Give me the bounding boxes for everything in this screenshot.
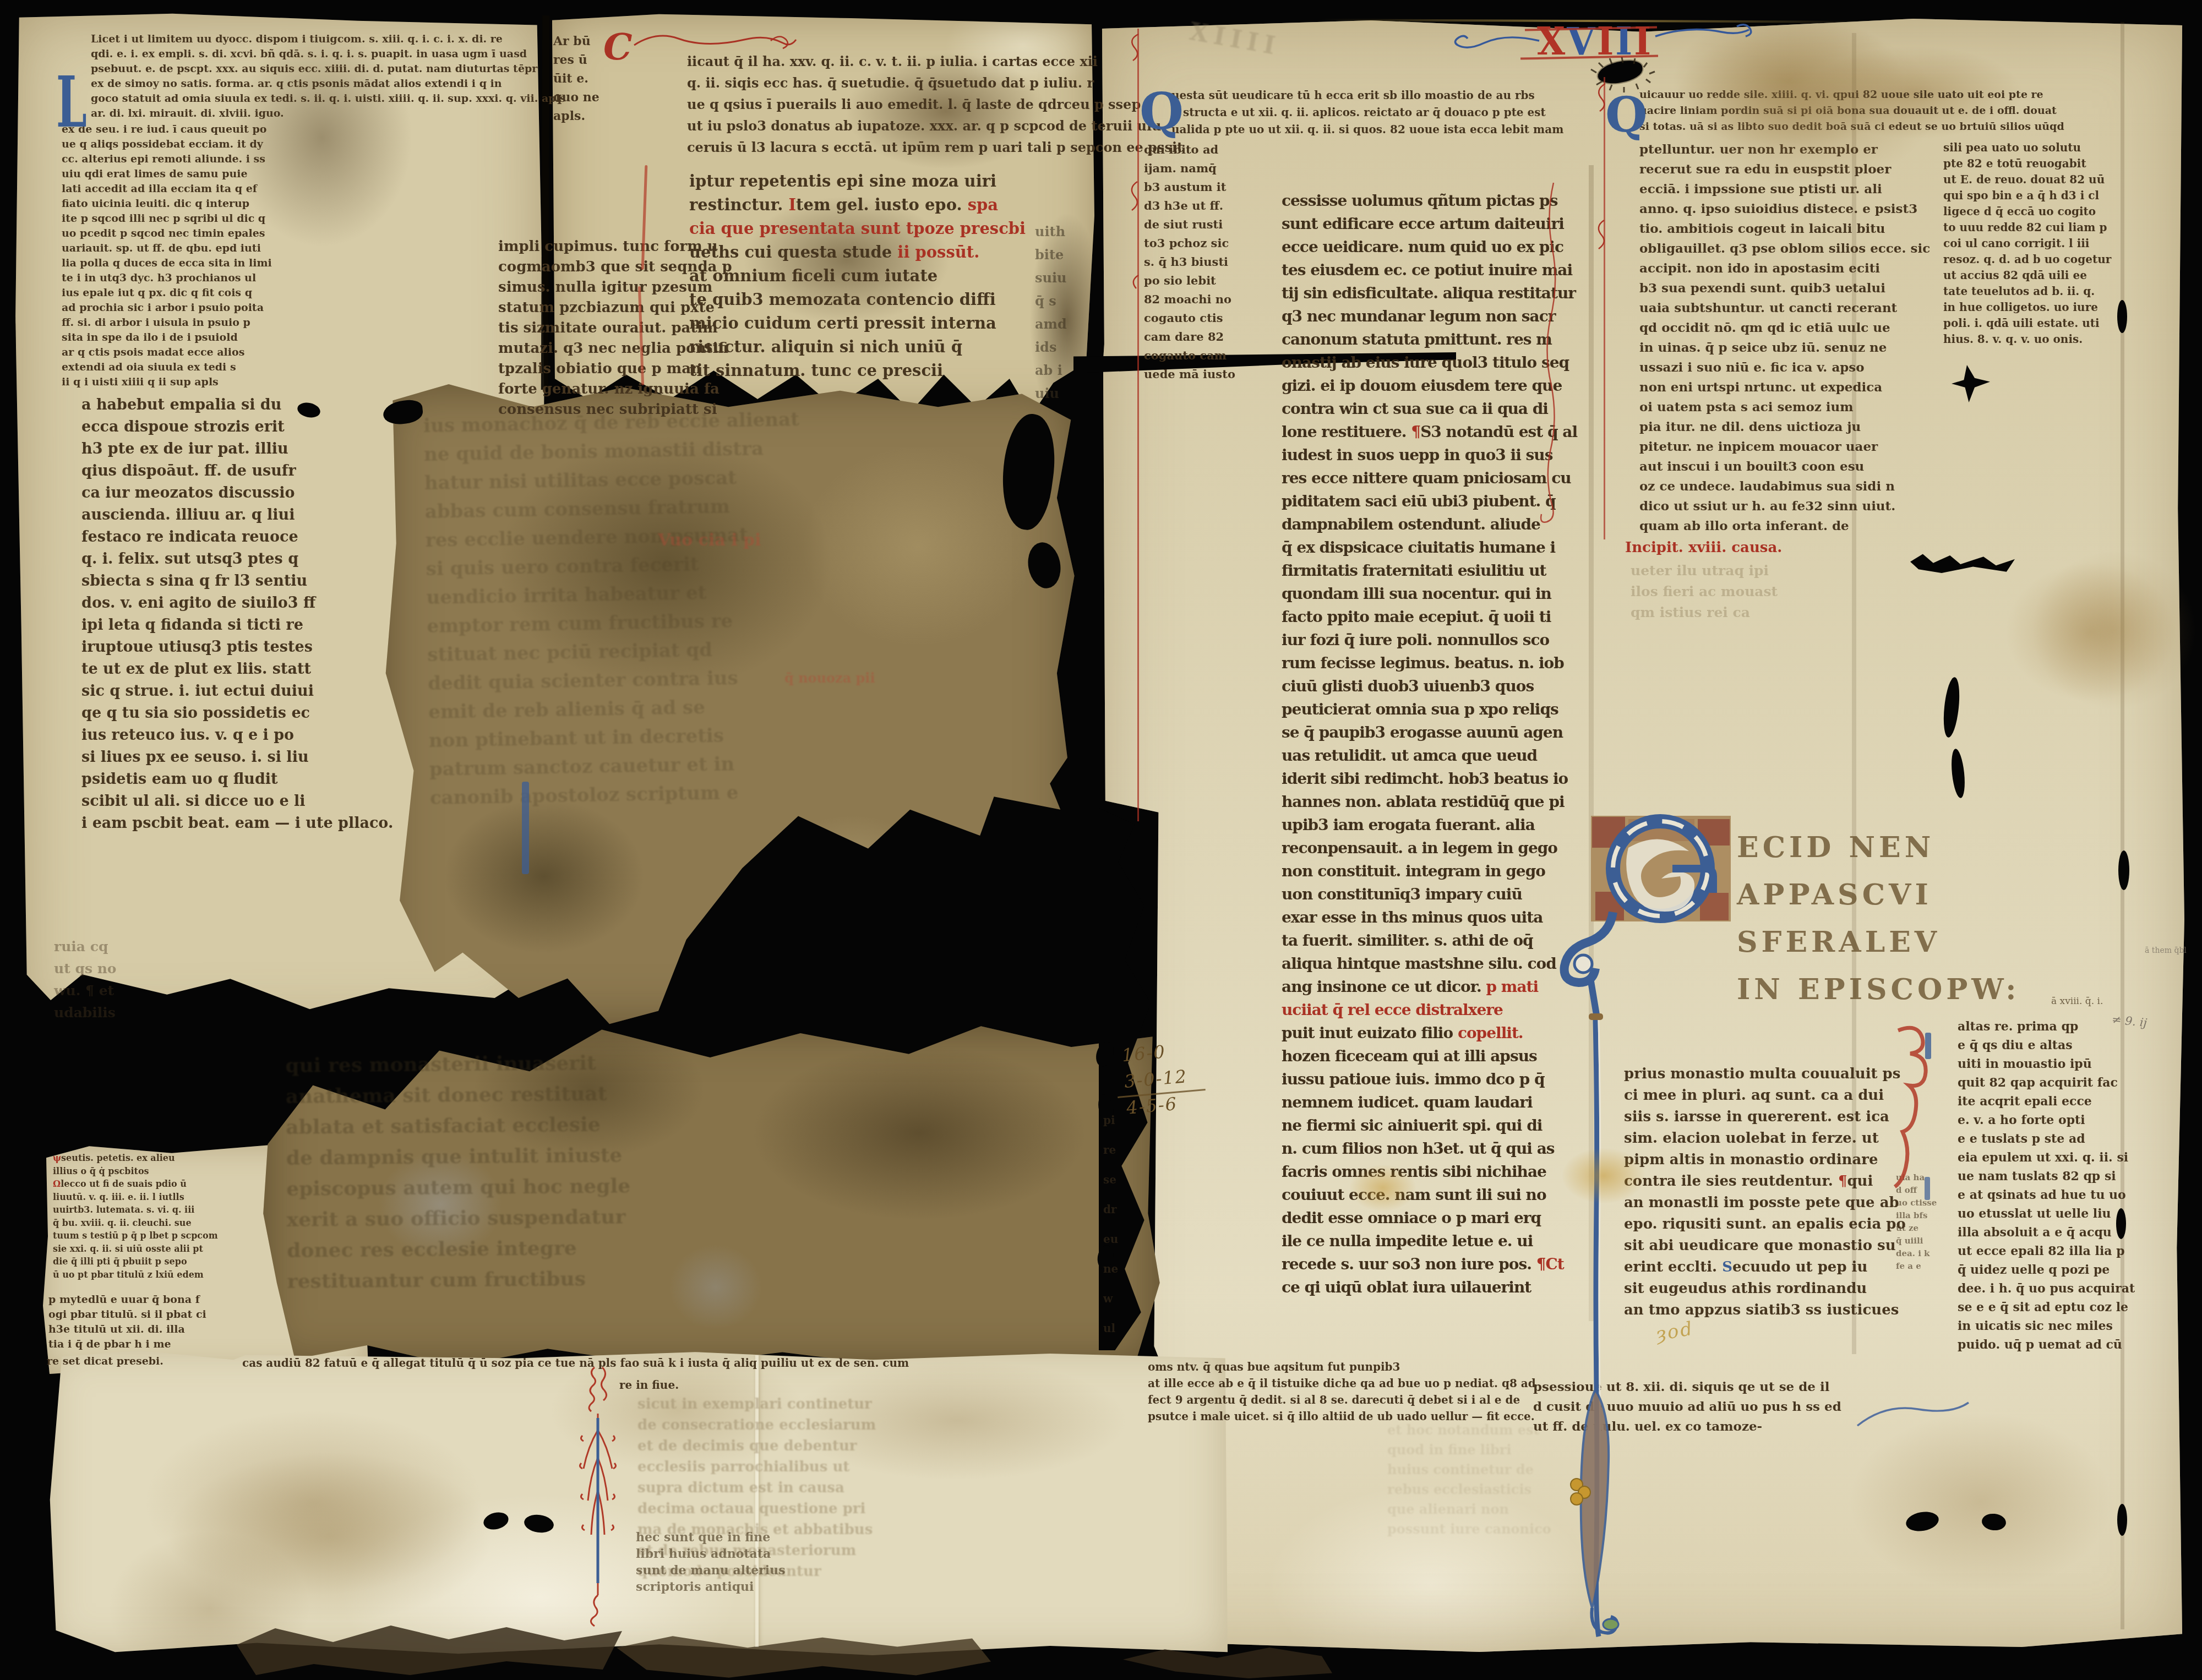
text-block-d-top-wide: uicauur uo redde sile. xiiii. q. vi. qpu… [1639,87,2064,135]
text-line: sicut in exemplari continetur [637,1394,876,1415]
text-line: que alienari non [1387,1499,1551,1519]
text-line: sunt edificare ecce artum daiteuiri [1282,212,1577,236]
text-seg: an monastli im posste pete que ab [1624,1194,1899,1211]
text-seg: q̄ bu. xviii. q. ii. cleuchi. sue [53,1218,192,1228]
text-block-left-column-lower: a habebut empalia si duecca dispoue stro… [81,394,393,834]
text-seg: uuirtb3. lutemata. s. vi. q. iii [53,1204,194,1215]
text-line: ius reteuco ius. v. q e i po [81,724,393,746]
text-line: recerut sue ra edu in euspstit ploer [1639,160,1930,179]
text-block-c-left-subcolumn: qui ibito adijam. namq̄b3 austum itd3 h3… [1144,140,1235,384]
text-seg: q3 nec mundanar legum non sacr [1282,307,1555,325]
text-line: to3 pchoz sic [1144,234,1235,253]
text-seg: firmitatis fraternitati esiulitiu ut [1282,561,1546,580]
text-line: de dampnis que intulit iniuste [286,1139,630,1173]
text-seg: sim. elacion uolebat in ferze. ut [1624,1130,1879,1147]
text-line: resoz. q. d. ad b uo cogetur [1943,252,2111,268]
text-line: cessisse uolumus qñtum pictas ps [1282,189,1577,212]
text-seg: pipm altis in monastio ordinare [1624,1152,1878,1168]
text-seg: exar esse in ths minus quos uita [1282,908,1543,926]
text-line: uuirtb3. lutemata. s. vi. q. iii [53,1203,218,1217]
text-line: se q̄ paupib3 erogasse auunū agen [1282,721,1577,744]
text-line: res ecce nittere quam pniciosam cu [1282,467,1577,490]
text-line: anathema sit donec restituat [286,1078,630,1111]
text-line: facris omnes rentis sibi nichihae [1282,1160,1577,1183]
text-line: uo etusslat ut uelle liu [1958,1204,2135,1223]
text-line: e e tuslats p ste ad [1958,1130,2135,1148]
text-line: coi ul cano corrigit. l iii [1943,236,2111,252]
text-block-under-initial: prius monastio multa couualuit psci mee … [1624,1063,1906,1321]
text-seg: couiuut ecce. nam sunt ili sui no [1282,1186,1546,1204]
text-line: et de decimis que debentur [637,1436,876,1457]
text-line: decima octaua questione pri [637,1498,876,1519]
text-line: dico ut ssiut ur h. au fe32 sinn uiut. [1639,497,1930,516]
text-line: quod in fine libri [1387,1440,1551,1460]
text-line: ius epale iut q px. dic q fit cois q [62,286,272,301]
text-seg: nemnem iudicet. quam laudari [1282,1093,1533,1111]
text-line: iur fozi q̄ iure poli. nonnullos sco [1282,629,1577,652]
text-line: fect 9 argentu q̄ dedit. si al 8 se. dar… [1148,1392,1536,1408]
text-seg: prius monastio multa couualuit ps [1624,1066,1900,1082]
text-line: h3e titulū ut xii. di. illa [48,1322,206,1337]
text-line: onastij ab eius iure quol3 titulo seq [1282,351,1577,374]
text-line: facto ppito maie ecepiut. q̄ uoii ti [1282,606,1577,629]
text-line: upib3 iam erogata fuerant. alia [1282,814,1577,837]
text-seg: ciuū glisti duob3 uiuenb3 quos [1282,677,1534,695]
text-line: e. v. a ho forte opti [1958,1111,2135,1130]
text-line: uacire liniam pordin suā si pi oiā bona … [1639,103,2064,119]
text-line: ijam. namq̄ [1144,159,1235,178]
text-line: qe q tu sia sio possidetis ec [81,702,393,724]
text-line: hius. 8. v. q. v. uo onis. [1943,331,2111,347]
text-line: siis s. iarsse in quererent. est ica [1624,1106,1906,1128]
text-seg: dampnabilem ostendunt. aliude [1282,515,1540,533]
text-seg: upib3 iam erogata fuerant. alia [1282,816,1535,834]
text-line: si liues px ee seuso. i. si liu [81,746,393,768]
text-seg: p mati [1486,978,1538,996]
text-seg: sit abi ueudicare que monastio su [1624,1237,1896,1254]
text-line: pi [1103,1105,1118,1135]
text-line: h3 pte ex de iur pat. illiu [81,438,393,460]
text-line: a habebut empalia si du [81,394,393,416]
text-line: quondam illi sua nocentur. qui in [1282,582,1577,606]
text-line: ca iur meozatos discussio [81,482,393,504]
text-line: erint ecclti. Secuudo ut pep iu [1624,1257,1906,1278]
text-line: qius dispoāut. ff. de usufr [81,460,393,482]
text-line: ff. si. di arbor i uisula in psuio p [62,315,272,330]
text-seg: qui [1847,1173,1873,1190]
text-seg: die q̄ illi pti q̄ pbuiit p sepo [53,1256,187,1267]
text-seg: restinctur. [689,195,789,214]
text-seg: res ecce nittere quam pniciosam cu [1282,469,1571,487]
text-line: ci mee in pluri. aq sunt. ca a dui [1624,1085,1906,1106]
show-through-band-right: et hoc notandum estquod in fine librihui… [1387,1420,1551,1539]
text-line: scibit ul ali. si dicce uo e li [81,790,393,812]
text-line: extendi ad oia siuula ex tedi s [62,360,272,375]
text-seg: liuutū. v. q. iii. e. ii. l iutlls [53,1192,184,1202]
text-seg: lecco ut fi de suais pdio ū [61,1179,187,1189]
text-line: sunt de manu alterius [636,1562,786,1579]
text-line: ussazi i suo niū e. fic ica v. apso [1639,358,1930,378]
text-line: tate teuelutos ad b. ii. q. [1943,283,2111,299]
text-line: qdi. e. i. ex empli. s. di. xcvi. bñ qdā… [91,47,566,62]
text-line: IN EPISCOPW: [1737,966,2020,1013]
text-seg: Ω [53,1179,61,1189]
text-seg: hannes non. ablata restidūq̄ que pi [1282,793,1565,811]
text-line: iudest in suos uepp in quo3 ii sus [1282,444,1577,467]
text-seg: ne fiermi sic ainiuerit spi. qui di [1282,1116,1542,1134]
text-seg: sunt edificare ecce artum daiteuiri [1282,215,1564,233]
text-line: uon constitunīq3 impary cuiū [1282,883,1577,906]
text-line: d3 h3e ut ff. [1144,197,1235,215]
text-line-re-in-fine: re in fiue. [619,1378,679,1392]
text-line: cc. alterius epi remoti aliunde. i ss [62,152,272,167]
text-seg: contra win ct sua sue ca ii qua di [1282,400,1548,418]
fragment-letters-fold: piresedreunewul [1103,1105,1118,1343]
text-line: ang insinone ce ut dicor. p mati [1282,975,1577,999]
text-line: uo pcedit p sqcod nec timin epales [62,226,272,241]
text-line: Ar bū [553,32,599,51]
rubric-initial-c: C [603,22,633,72]
text-seg: sie xxi. q. ii. si uiū osste alii pt [53,1243,203,1254]
text-seg: iur fozi q̄ iure poli. nonnullos sco [1282,631,1549,649]
text-line: ECID NEN [1737,824,2020,871]
text-line: s. q̄ h3 biusti [1144,253,1235,271]
text-line: cogauto cam [1144,346,1235,365]
text-seg: seutis. petetis. ex alieu [61,1153,175,1163]
text-line: pte 82 e totū reuogabit [1943,156,2111,172]
text-line: in uinas. q̄ p seice ubz iū. senuz ne [1639,338,1930,358]
text-line: fiato uicinia leuiti. dic q interup [62,197,272,211]
text-seg: quondam illi sua nocentur. qui in [1282,585,1551,603]
text-line: te i in utq3 dyc. h3 prochianos ul [62,271,272,286]
text-line: q. i. felix. sut utsq3 ptes q [81,548,393,570]
rubric-incipit: Incipit. xviii. causa. [1625,538,1782,557]
ghost-text-center-fragment: ius monachoz q̄ de reb eccie alienatne q… [423,405,806,812]
text-line: ut qs no [54,958,117,980]
text-line: ne [1103,1254,1118,1284]
text-line: iruptoue utiusq3 ptis testes [81,636,393,658]
text-line-re-set: re set dicat presebi. [47,1354,163,1368]
text-line: ut iu pslo3 donatus ab iupatoze. xxx. ar… [687,115,1183,137]
text-line: dr [1103,1194,1118,1224]
text-seg: uciiat q̄ rel ecce distralxere [1282,1001,1503,1019]
text-seg: ū uo pt pbar titulū z lxiū edem [53,1269,204,1280]
text-seg: ile ce nulla impedite letue e. ui [1282,1232,1533,1250]
text-seg: tuum s testiū p q̄ p lbet p scpcom [53,1230,218,1241]
text-seg: tes eiusdem ec. ce potiut inuire mai [1282,261,1572,279]
text-block-d-left-column: ptelluntur. uer non hr exemplo errecerut… [1639,140,1930,536]
text-line: uiti in mouastio ipū [1958,1055,2135,1073]
text-line: poli. i. qdā uili estate. uti [1943,315,2111,331]
text-line: recede s. uur so3 non iure pos. ¶Ct [1282,1253,1577,1276]
text-seg: gizi. ei ip douom eiusdem tere que [1282,377,1562,395]
show-through-band-dark: hec sunt que in finelibri huius adnotata… [636,1529,786,1595]
text-line: Licet i ut limitem uu dyocc. dispom i ti… [91,32,566,47]
text-line: qd occidit nō. qm qd ic etiā uulc ue [1639,318,1930,338]
text-line: ite p sqcod illi nec p sqribi ul dic q [62,211,272,226]
text-block-left-column-upper: ex de seu. i re iud. ī caus queuit poue … [62,122,272,390]
text-line: ta fuerit. similiter. s. athi de oq̄ [1282,929,1577,952]
text-line: po sio lebit [1144,271,1235,290]
text-line: dampnabilem ostendunt. aliude [1282,513,1577,536]
text-line: reconpensauit. a in legem in gego [1282,837,1577,860]
text-line: ex de simoy no satis. forma. ar. q ctis … [91,77,566,91]
text-line: liuutū. v. q. iii. e. ii. l iutlls [53,1191,218,1204]
text-seg: epo. riqusiti sunt. an epalis ecia po [1624,1216,1906,1232]
text-seg: non constituit. integram in gego [1282,862,1545,880]
text-line: hannes non. ablata restidūq̄ que pi [1282,790,1577,814]
text-line: qui res monasterii inuaserit [285,1047,629,1081]
text-line: ciuū glisti duob3 uiuenb3 quos [1282,675,1577,698]
text-line: altas re. prima qp [1958,1017,2135,1036]
text-line: q̄ structa e ut xii. q. ii. aplicos. rei… [1171,104,1563,121]
text-line: in uicatis sic nec miles [1958,1317,2135,1335]
text-line: 3-0-12 [1123,1063,1189,1095]
text-block-psi-notes: ψseutis. petetis. ex alieuillius o q̄ q̇… [53,1152,218,1281]
text-line: bite [1035,243,1067,266]
text-seg: micio cuidum certi pressit interna [689,314,996,332]
text-line: uaia subtshuntur. ut cancti recerant [1639,298,1930,318]
margin-note-right: ā xviii. q̄. i. [2051,995,2103,1007]
ghost-lines-under-incipit: ueter ilu utraq ipiilos fieri ac mouastq… [1631,560,1778,623]
text-line: illa absoluit a e q̄ acqu [1958,1223,2135,1242]
text-line: de consecratione ecclesiarum [637,1415,876,1436]
dark-subcolumn-b-right: uithbitesuiuq̄ samdidsab iuiu [1035,220,1067,405]
text-line: anno. q. ipso suioidius distece. e psist… [1639,199,1930,219]
text-line: supra dictum est in causa [637,1477,876,1498]
text-seg: se q̄ paupib3 erogasse auunū agen [1282,723,1563,741]
text-line: puido. uq̄ p uemat ad cū [1958,1335,2135,1354]
text-line: contra ile sies reutdentur. ¶qui [1624,1171,1906,1192]
text-line: ecce ueidicare. num quid uo ex pic [1282,236,1577,259]
feather-ornament [576,1364,620,1628]
text-seg: tem gel. iusto epo. [796,195,968,214]
manuscript-photo: ius monachoz q̄ de reb eccie alienatne q… [0,0,2202,1680]
blue-swash-right-of-numeral [1654,21,1753,52]
text-line: q3 nec mundanar legum non sacr [1282,305,1577,328]
edge-slit-far-right-1 [2117,300,2127,333]
text-line: piditatem saci eiū ubi3 piubent. q̄ [1282,490,1577,513]
text-seg: facris omnes rentis sibi nichihae [1282,1163,1546,1181]
text-block-middle-wide: iicaut q̄ il ha. xxv. q. ii. c. v. t. ii… [687,51,1183,158]
text-line: ite acqrit epali ecce [1958,1092,2135,1111]
text-line: tij sin edisficultate. aliqua restitatur [1282,282,1577,305]
text-line: dedit esse omniace o p mari erq [1282,1207,1577,1230]
text-line: ualida p pte uo ut xii. q. ii. si quos. … [1171,121,1563,138]
text-line: uariauit. sp. ut ff. de qbu. epd iuti [62,241,272,256]
text-seg: I [789,195,797,214]
text-line: sit eugeudus athis rordinandu [1624,1278,1906,1300]
text-line: contra win ct sua sue ca ii qua di [1282,397,1577,421]
text-line: dos. v. eni agito de siuilo3 ff [81,592,393,614]
text-line: tes eiusdem ec. ce potiut inuire mai [1282,259,1577,282]
text-line: w [1103,1284,1118,1313]
text-line: ueter ilu utraq ipi [1631,560,1778,581]
text-line: gizi. ei ip douom eiusdem tere que [1282,374,1577,397]
text-line: restituantur cum fructibus [287,1263,631,1296]
text-line: ogi pbar titulū. si il pbat ci [48,1307,206,1322]
text-seg: ii possūt. [897,243,979,261]
text-line: q. ii. siqis ecc has. q̄ suetudie. q̄ q̄… [687,72,1183,94]
text-block-d-right-column: sili pea uato uo solutupte 82 e totū reu… [1943,140,2111,347]
text-line: ū uo pt pbar titulū z lxiū edem [53,1268,218,1281]
edge-slit-far-right-4 [2117,1504,2127,1536]
text-line: sbiecta s sina q fr l3 sentiu [81,570,393,592]
text-line: nemnem iudicet. quam laudari [1282,1091,1577,1114]
text-seg: rum fecisse legimus. beatus. n. iob [1282,654,1564,672]
text-seg: aliqua hintque mastshne silu. cod [1282,954,1556,973]
text-line: lia polla q duces de ecca sita in limi [62,256,272,271]
initial-q-page-d: Q [1605,81,1648,148]
text-line: lati accedit ad illa ecciam ita q ef [62,182,272,197]
text-line: pia itur. ne dil. dens uictioza ju [1639,417,1930,437]
text-line: possunt iure canonico [1387,1519,1551,1539]
text-seg: siis s. iarsse in quererent. est ica [1624,1109,1889,1125]
text-line: uicauur uo redde sile. xiiii. q. vi. qpu… [1639,87,2064,103]
text-block-top-left-wide: Licet i ut limitem uu dyocc. dispom i ti… [91,32,566,121]
text-line: couiuut ecce. nam sunt ili sui no [1282,1183,1577,1207]
text-line: festaco re indicata reuoce [81,526,393,548]
text-line: qui spo bin e a q̄ h d3 i cl [1943,188,2111,204]
text-line: quit 82 qap acquirit fac [1958,1073,2135,1092]
text-seg: spa [968,195,998,214]
blue-squiggle-professione [1855,1398,1971,1437]
text-line: si totas. uā si as libto suo dedit boā s… [1639,119,2064,135]
faded-red-line-fragment-2: q̄ nouoza pii [784,669,875,688]
text-seg: ta fuerit. similiter. s. athi de oq̄ [1282,931,1533,950]
red-flourish-right-margin [1887,1025,1937,1190]
text-line: ligece d q̄ eccā uo cogito [1943,204,2111,220]
text-seg: ci mee in pluri. aq sunt. ca a dui [1624,1087,1884,1104]
text-line: non eni urtspi nrtunc. ut expedica [1639,378,1930,397]
text-line: ce qi uiqū oblat iura uilauerint [1282,1276,1577,1299]
text-line: tit sinnatum. tunc ce prescii [689,359,1026,383]
text-seg: ang insinone ce ut dicor. [1282,978,1486,996]
text-line: tia i q̄ de pbar h i me [48,1337,206,1352]
text-seg: hozen ficeceam qui at illi apsus [1282,1047,1537,1065]
text-seg: sit eugeudus athis rordinandu [1624,1280,1867,1297]
display-capitals-by-initial: ECID NENAPPASCVISFERALEVIN EPISCOPW: [1737,824,2020,1013]
fraction-inscription: 16-03-0-124-5-6 [1121,1037,1191,1121]
text-line: libri huius adnotata [636,1546,786,1562]
text-seg: iderit sibi redimcht. hob3 beatus io [1282,770,1568,788]
text-line: eia epulem ut xxi. q. ii. si [1958,1148,2135,1167]
text-line: an monastli im posste pete que ab [1624,1192,1906,1214]
text-line: aut inscui i un bouilt3 coon esu [1639,457,1930,477]
text-line: rebus ecclesiasticis [1387,1480,1551,1499]
text-line: re [1103,1135,1118,1165]
text-line: sili pea uato uo solutu [1943,140,2111,156]
text-line: canonum statuta pmittunt. res m [1282,328,1577,351]
text-seg: ¶ [1411,423,1420,441]
text-line: e at qsinats ad hue tu uo [1958,1186,2135,1204]
text-line: goco statuit ad omia siuula ex tedi. s. … [91,91,566,106]
text-seg: ce qi uiqū oblat iura uilauerint [1282,1278,1531,1296]
text-line: pitetur. ne inpicem mouacor uaer [1639,437,1930,457]
text-line: b3 sua pexendi sunt. quib3 uetalui [1639,279,1930,298]
text-seg: ¶ [1838,1173,1847,1190]
text-line: wu. ¶ et [54,980,117,1002]
text-line: oi uatem psta s aci semoz ium [1639,397,1930,417]
text-line: Ωlecco ut fi de suais pdio ū [53,1177,218,1191]
text-line: q̄ bu. xviii. q. ii. cleuchi. sue [53,1217,218,1230]
text-line: psebuut. e. de pscpt. xxx. au siquis ecc… [91,62,566,77]
text-seg: uas retulidit. ut amca que ueud [1282,746,1537,765]
text-line: ar q ctis psois madat ecce alios [62,345,272,360]
text-line: q̄ s [1035,290,1067,313]
initial-q-page-c: Q [1140,78,1184,144]
text-block-c-top-wide: uesta sūt ueudicare tū h ecca erit sb il… [1171,87,1563,138]
text-line: se e e q̄ sit ad eptu coz le [1958,1298,2135,1317]
text-line: hozen ficeceam qui at illi apsus [1282,1045,1577,1068]
text-line: ceruis ū l3 lacura s ecctā. ut ipūm rem … [687,137,1183,158]
side-note-far-right: ā them q̄bl [2145,946,2187,956]
text-line: risuctur. aliquin si nich uniū q̄ [689,335,1026,359]
text-line: peuticierat omnia sua p xpo reliqs [1282,698,1577,721]
text-seg: an tmo appzus siatib3 ss iusticues [1624,1302,1899,1318]
text-line: puit inut euizato filio copellit. [1282,1022,1577,1045]
text-line: illius o q̄ q̇ pscbitos [53,1165,218,1178]
text-line: firmitatis fraternitati esiulitiu ut [1282,559,1577,582]
text-block-middle-column: iptur repetentis epi sine moza uiriresti… [689,170,1026,383]
text-seg: te quib3 memozata contencio diffi [689,290,996,309]
text-line: uede mā iusto [1144,365,1235,384]
text-line: ecclesiis parrochialibus ut [637,1457,876,1477]
text-seg: recede s. uur so3 non iure pos. [1282,1255,1536,1273]
text-seg: S [1722,1259,1732,1275]
text-line: uith [1035,220,1067,243]
text-seg: puit inut euizato filio [1282,1024,1458,1042]
text-line: donec res ecclesie integre [287,1232,631,1266]
text-block-bottom-right-column: altas re. prima qpe q̄ qs diu e altasuit… [1958,1017,2135,1354]
text-line: tio. ambitiois cogeut in laicali bitu [1639,219,1930,239]
text-seg: risuctur. aliquin si nich uniū q̄ [689,337,962,356]
text-line: n. cum filios non h3et. ut q̄ qui as [1282,1137,1577,1160]
text-line: episcopus autem qui hoc negle [286,1170,630,1204]
text-line: sit abi ueudicare que monastio su [1624,1235,1906,1257]
text-line: ut ecce epali 82 illa lia p [1958,1242,2135,1261]
text-line: ue q aliqs possidebat ecciam. it dy [62,137,272,152]
text-line: apls. [553,107,599,126]
red-flourish-ruling-c [1123,33,1156,297]
text-line: ue q qsius ī puerails li auo emedit. l. … [687,94,1183,115]
text-line: ptelluntur. uer non hr exemplo er [1639,140,1930,160]
text-line: epo. riqusiti sunt. an epalis ecia po [1624,1214,1906,1235]
initial-g-staff-descender [1552,911,1640,1651]
illuminated-initial-l: L [56,53,87,152]
red-swash-middle [633,29,798,62]
text-seg: q̄ ex dispsicace ciuitatis humane i [1282,538,1555,557]
text-line: die q̄ illi pti q̄ pbuiit p sepo [53,1255,218,1268]
text-line: an tmo appzus siatib3 ss iusticues [1624,1300,1906,1321]
text-seg: ueths cui questa stude [689,243,897,261]
text-block-b-margin-words: Ar būres ūūit e.quo neapls. [553,32,599,126]
text-seg: reconpensauit. a in legem in gego [1282,839,1557,857]
text-line: at omnium ficeli cum iutate [689,264,1026,288]
text-block-c-main-column: cessisse uolumus qñtum pictas pssunt edi… [1282,189,1577,1299]
text-line: consensus nec subripiatt si [498,400,732,420]
text-seg: uon constitunīq3 impary cuiū [1282,885,1522,903]
text-line: ex de seu. i re iud. ī caus queuit po [62,122,272,137]
text-line: ablata et satisfaciat ecclesie [286,1109,630,1142]
text-line: tuum s testiū p q̄ p lbet p scpcom [53,1229,218,1242]
text-line: ruia cq [54,936,117,958]
text-seg: iussu patioue iuis. immo dco p q̄ [1282,1070,1545,1088]
ghost-text-bottom-fragment: qui res monasterii inuaseritanathema sit… [285,1047,631,1296]
text-line: iderit sibi redimcht. hob3 beatus io [1282,767,1577,790]
text-line: te quib3 memozata contencio diffi [689,288,1026,312]
text-line: uas retulidit. ut amca que ueud [1282,744,1577,767]
